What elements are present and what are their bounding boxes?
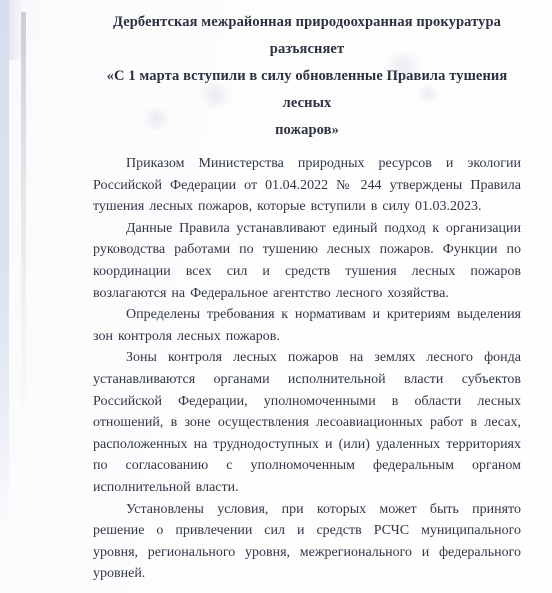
paragraph-control-zones: Зоны контроля лесных пожаров на землях л… bbox=[93, 347, 521, 498]
paragraph-rschs-conditions: Установлены условия, при которых может б… bbox=[93, 499, 521, 585]
title-line-3: пожаров» bbox=[93, 117, 521, 144]
title-line-1: Дербентская межрайонная природоохранная … bbox=[93, 9, 521, 63]
title-line-2: «С 1 марта вступили в силу обновленные П… bbox=[93, 63, 521, 117]
paragraph-decree: Приказом Министерства природных ресурсов… bbox=[93, 153, 521, 218]
document-title: Дербентская межрайонная природоохранная … bbox=[93, 9, 521, 144]
paragraph-unified-approach: Данные Правила устанавливают единый подх… bbox=[93, 218, 521, 304]
document-content: Дербентская межрайонная природоохранная … bbox=[93, 9, 521, 585]
paper-edge-shadow bbox=[21, 12, 26, 432]
scanned-document-page: Дербентская межрайонная природоохранная … bbox=[0, 0, 552, 593]
paragraph-control-zone-requirements: Определены требования к нормативам и кри… bbox=[93, 304, 521, 347]
scanner-edge-strip bbox=[0, 0, 9, 525]
document-body: Приказом Министерства природных ресурсов… bbox=[93, 153, 521, 585]
